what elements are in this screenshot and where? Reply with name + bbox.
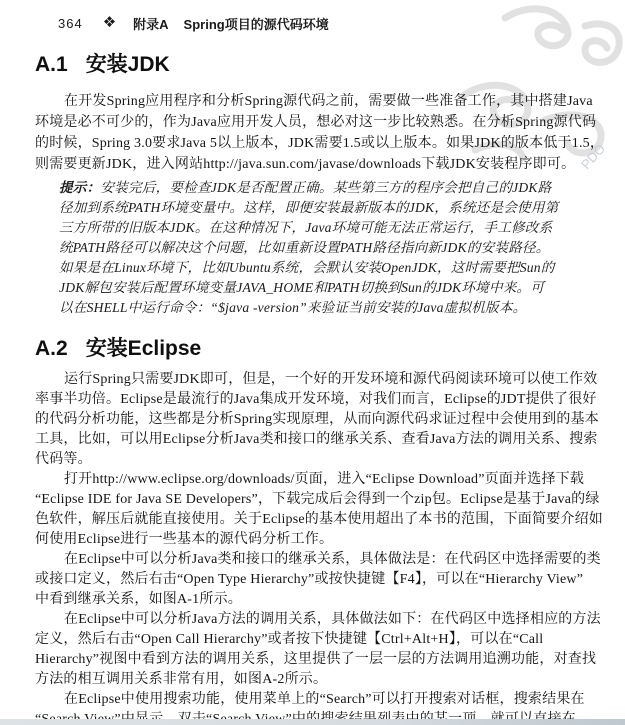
tip-text: 安装完后，要检查JDK是否配置正确。某些第三方的程序会把自己的JDK路 bbox=[100, 180, 551, 195]
section-number: A.2 bbox=[35, 336, 68, 362]
text-line: 方法的相互调用关系非常有用，如图A-2所示。 bbox=[35, 670, 595, 690]
paragraph: 打开http://www.eclipse.org/downloads/页面，进入… bbox=[35, 470, 595, 550]
tip-block: 提示：安装完后，要检查JDK是否配置正确。某些第三方的程序会把自己的JDK路 径… bbox=[59, 178, 585, 318]
paragraph: 在Eclipse中可以分析Java方法的调用关系，具体做法如下：在代码区中选择相… bbox=[35, 610, 595, 690]
text-line: 在Eclipse中使用搜索功能，使用菜单上的“Search”可以打开搜索对话框，… bbox=[35, 690, 595, 710]
text-line: 统PATH路径可以解决这个问题，比如重新设置PATH路径指向新JDK的安装路径。 bbox=[59, 238, 585, 258]
text-line: 如果是在Linux环境下，比如Ubuntu系统，会默认安装OpenJDK，这时需… bbox=[59, 258, 585, 278]
text-line: 代码等。 bbox=[35, 450, 595, 470]
text-line: 定义，然后右击“Open Call Hierarchy”或者按下快捷键【Ctrl… bbox=[35, 630, 595, 650]
paragraph: 在Eclipse中可以分析Java类和接口的继承关系，具体做法是：在代码区中选择… bbox=[35, 550, 595, 610]
section-title: 安装JDK bbox=[86, 52, 170, 78]
text-line: 或接口定义，然后右击“Open Type Hierarchy”或按快捷键【F4】… bbox=[35, 570, 595, 590]
tip-label: 提示： bbox=[59, 180, 100, 195]
text-line: 中看到继承关系，如图A-1所示。 bbox=[35, 590, 595, 610]
text-line: 何使用Eclipse进行一些基本的源代码分析工作。 bbox=[35, 530, 595, 550]
text-line: 提示：安装完后，要检查JDK是否配置正确。某些第三方的程序会把自己的JDK路 bbox=[59, 178, 585, 198]
section-heading-a1: A.1 安装JDK bbox=[35, 52, 595, 78]
text-line: 的代码分析功能，这些都是分析Spring实现原理，从而向源代码求证过程中会使用到… bbox=[35, 410, 595, 430]
section-number: A.1 bbox=[35, 52, 68, 78]
text-line: 在Eclipse中可以分析Java类和接口的继承关系，具体做法是：在代码区中选择… bbox=[35, 550, 595, 570]
section-a2-body: 运行Spring只需要JDK即可，但是，一个好的开发环境和源代码阅读环境可以使工… bbox=[35, 370, 595, 725]
paragraph: 运行Spring只需要JDK即可，但是，一个好的开发环境和源代码阅读环境可以使工… bbox=[35, 370, 595, 470]
text-line: 色软件，解压后就能直接使用。关于Eclipse的基本使用超出了本书的范围，下面简… bbox=[35, 510, 595, 530]
text-line: 则需要更新JDK，进入网站http://java.sun.com/javase/… bbox=[35, 154, 595, 175]
page-content: 364 ❖ 附录A Spring项目的源代码环境 A.1 安装JDK 在开发Sp… bbox=[0, 0, 625, 725]
text-line: 的时候，Spring 3.0要求Java 5以上版本，JDK需要1.5或以上版本… bbox=[35, 133, 595, 154]
section-title: 安装Eclipse bbox=[86, 336, 202, 362]
text-line: 环境是必不可少的，作为Java应用开发人员，想必对这一步比较熟悉。在分析Spri… bbox=[35, 112, 595, 133]
text-line: 在开发Spring应用程序和分析Spring源代码之前，需要做一些准备工作，其中… bbox=[35, 91, 595, 112]
diamond-ornament-icon: ❖ bbox=[103, 16, 116, 30]
text-line: 径加到系统PATH环境变量中。这样，即便安装最新版本的JDK，系统还是会使用第 bbox=[59, 198, 585, 218]
running-header: 364 ❖ 附录A Spring项目的源代码环境 bbox=[35, 14, 595, 32]
text-line: 三方所带的旧版本JDK。在这种情况下，Java环境可能无法正常运行，手工修改系 bbox=[59, 218, 585, 238]
section-heading-a2: A.2 安装Eclipse bbox=[35, 336, 595, 362]
text-line: 以在SHELL中运行命令：“$java -version”来验证当前安装的Jav… bbox=[59, 298, 585, 318]
text-line: 率事半功倍。Eclipse是最流行的Java集成开发环境，对我们而言，Eclip… bbox=[35, 390, 595, 410]
text-line: JDK解包安装后配置环境变量JAVA_HOME和PATH切换到Sun的JDK环境… bbox=[59, 278, 585, 298]
scan-edge-strip bbox=[0, 719, 625, 725]
running-title: Spring项目的源代码环境 bbox=[184, 14, 329, 33]
book-page-scan: { "page": { "header": { "page_number": "… bbox=[0, 0, 625, 725]
appendix-label: 附录A bbox=[133, 14, 168, 33]
page-number: 364 bbox=[58, 16, 83, 31]
text-line: “Eclipse IDE for Java SE Developers”，下载完… bbox=[35, 490, 595, 510]
text-line: 工具，比如，可以用Eclipse分析Java类和接口的继承关系、查看Java方法… bbox=[35, 430, 595, 450]
paragraph: 在开发Spring应用程序和分析Spring源代码之前，需要做一些准备工作，其中… bbox=[35, 91, 595, 175]
text-line: 在Eclipse中可以分析Java方法的调用关系，具体做法如下：在代码区中选择相… bbox=[35, 610, 595, 630]
text-line: 打开http://www.eclipse.org/downloads/页面，进入… bbox=[35, 470, 595, 490]
text-line: 运行Spring只需要JDK即可，但是，一个好的开发环境和源代码阅读环境可以使工… bbox=[35, 370, 595, 390]
text-line: Hierarchy”视图中看到方法的调用关系，这里提供了一层一层的方法调用追溯功… bbox=[35, 650, 595, 670]
